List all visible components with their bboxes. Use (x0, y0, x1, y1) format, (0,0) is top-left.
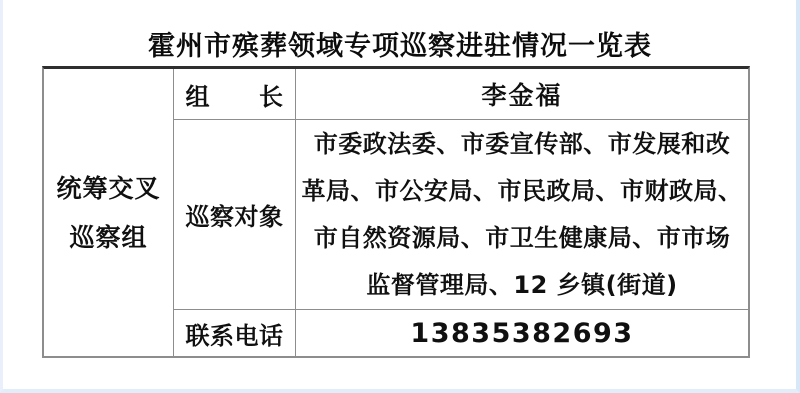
phone-label: 联系电话 (186, 316, 284, 351)
targets-value-cell: 市委政法委、市委宣传部、市发展和改 革局、市公安局、市民政局、市财政局、 市自然… (296, 120, 748, 310)
group-name-cell: 统筹交叉 巡察组 (44, 69, 174, 356)
phone-label-cell: 联系电话 (174, 310, 296, 356)
group-name-text: 统筹交叉 巡察组 (56, 164, 160, 262)
page-title: 霍州市殡葬领域专项巡察进驻情况一览表 (0, 24, 800, 63)
phone-number: 13835382693 (410, 318, 633, 349)
leader-label-cell: 组 长 (174, 69, 296, 120)
targets-list: 市委政法委、市委宣传部、市发展和改 革局、市公安局、市民政局、市财政局、 市自然… (302, 121, 743, 309)
leader-value-cell: 李金福 (296, 69, 748, 120)
phone-value-cell: 13835382693 (296, 310, 748, 356)
leader-name: 李金福 (481, 76, 562, 112)
inspection-overview-table: 统筹交叉 巡察组 组 长 李金福 巡察对象 市委政法委、市委宣传部、市发展和改 … (42, 66, 750, 358)
targets-label: 巡察对象 (186, 197, 284, 232)
leader-label: 组 长 (186, 77, 284, 112)
targets-label-cell: 巡察对象 (174, 120, 296, 310)
